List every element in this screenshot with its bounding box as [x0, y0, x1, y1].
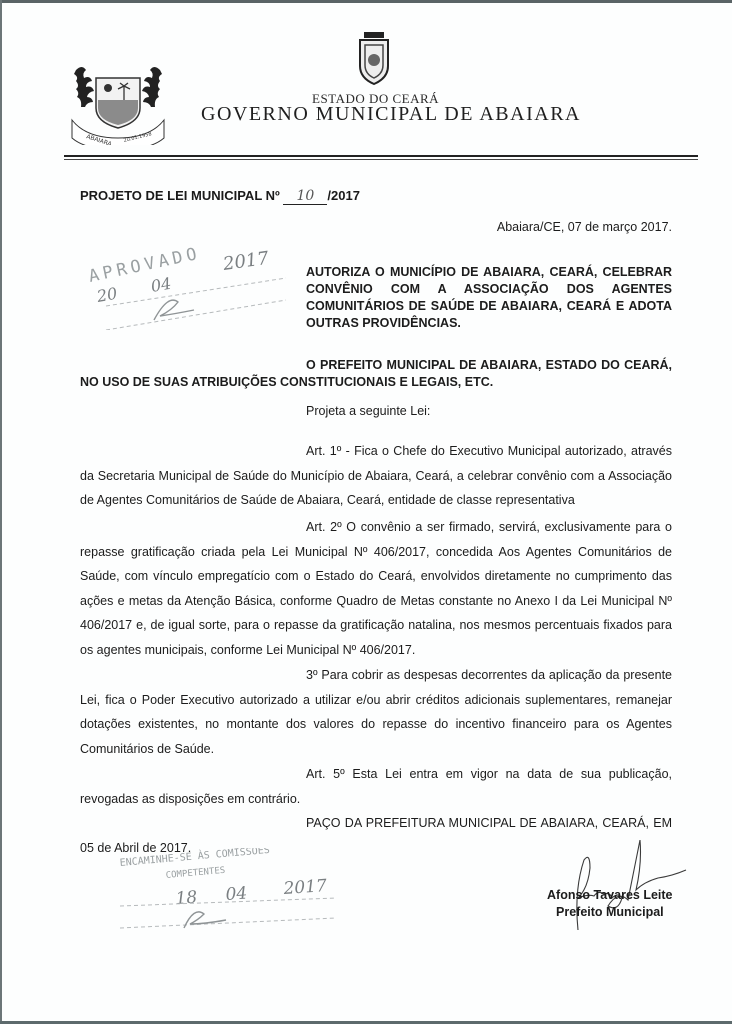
project-label: PROJETO DE LEI MUNICIPAL Nº	[80, 188, 280, 203]
svg-text:ENCAMINHE-SE ÀS COMISSÕES: ENCAMINHE-SE ÀS COMISSÕES	[119, 848, 270, 869]
project-year: /2017	[327, 188, 360, 203]
approved-stamp: APROVADO 20 04 2017	[86, 240, 296, 330]
project-number: 10	[283, 188, 327, 205]
svg-text:20: 20	[94, 284, 118, 306]
article-3: 3º Para cobrir as despesas decorrentes d…	[80, 663, 672, 761]
svg-text:18: 18	[175, 888, 198, 909]
place-date: Abaiara/CE, 07 de março 2017.	[497, 220, 672, 234]
municipal-coat-of-arms-icon: ABAIARA 20.01.1958	[68, 60, 168, 145]
projects-line: Projeta a seguinte Lei:	[306, 404, 430, 418]
header-government-name: GOVERNO MUNICIPAL DE ABAIARA	[201, 103, 581, 126]
forwarded-stamp: ENCAMINHE-SE ÀS COMISSÕES COMPETENTES 18…	[116, 848, 346, 938]
ceara-state-coat-of-arms-icon	[356, 30, 392, 88]
signer-role: Prefeito Municipal	[556, 905, 664, 919]
svg-text:04: 04	[149, 274, 172, 296]
article-5: Art. 5º Esta Lei entra em vigor na data …	[80, 762, 672, 811]
svg-text:COMPETENTES: COMPETENTES	[165, 866, 225, 881]
article-1: Art. 1º - Fica o Chefe do Executivo Muni…	[80, 439, 672, 513]
article-2: Art. 2º O convênio a ser firmado, servir…	[80, 515, 672, 662]
header-divider-thin	[64, 159, 698, 160]
svg-text:2017: 2017	[282, 876, 328, 899]
scan-edge-top	[0, 0, 732, 3]
scan-edge-left	[0, 0, 2, 1024]
svg-text:2017: 2017	[221, 248, 271, 275]
preamble: O PREFEITO MUNICIPAL DE ABAIARA, ESTADO …	[80, 357, 672, 391]
project-number-line: PROJETO DE LEI MUNICIPAL Nº 10/2017	[80, 188, 360, 205]
signer-name: Afonso Tavares Leite	[547, 888, 673, 902]
svg-text:APROVADO: APROVADO	[87, 244, 203, 287]
law-summary: AUTORIZA O MUNICÍPIO DE ABAIARA, CEARÁ, …	[306, 264, 672, 332]
header-divider	[64, 155, 698, 157]
